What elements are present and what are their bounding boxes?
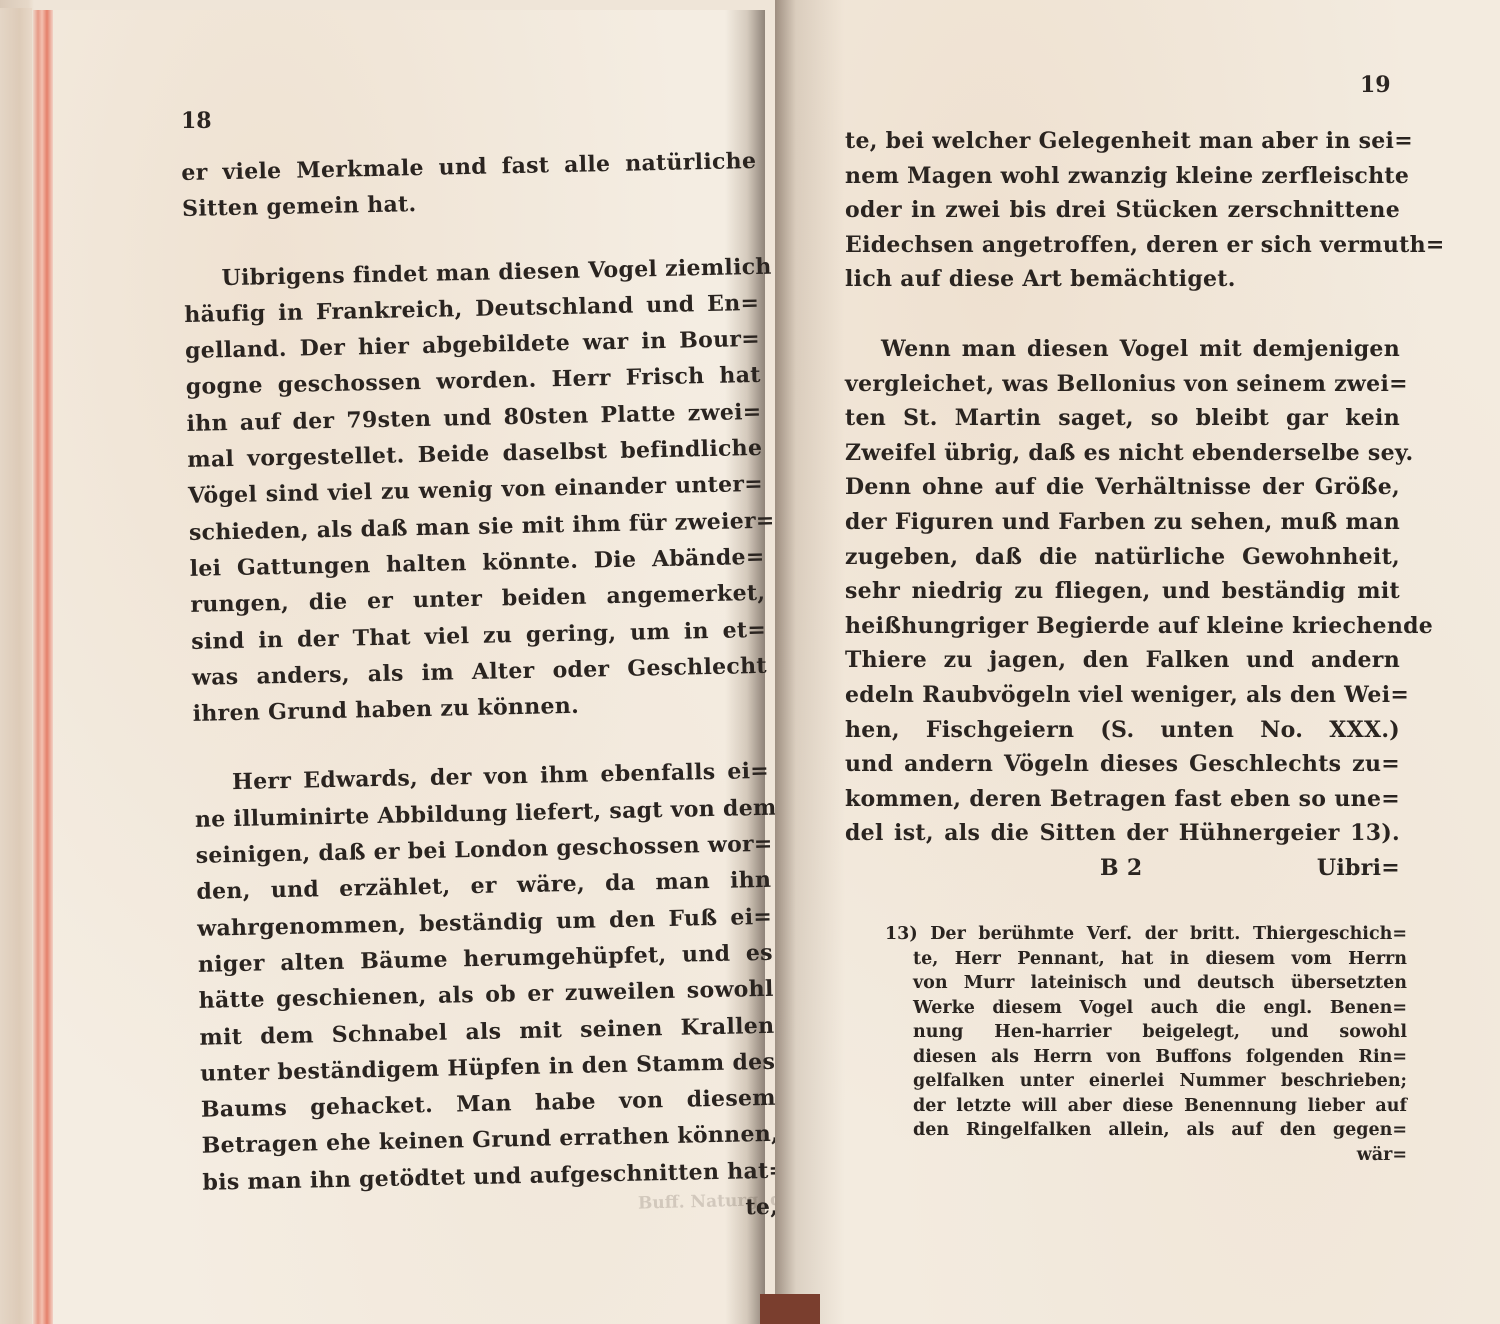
binding-spine (760, 1294, 820, 1324)
text-line: Eidechsen angetroffen, deren er sich ver… (845, 228, 1400, 263)
footnote-catchword: wär= (885, 1143, 1407, 1168)
text-line: ten St. Martin saget, so bleibt gar kein (845, 401, 1400, 436)
text-line: Denn ohne auf die Verhältnisse der Größe… (845, 470, 1400, 505)
text-line: der Figuren und Farben zu sehen, muß man (845, 505, 1400, 540)
text-line: lich auf diese Art bemächtiget. (845, 262, 1400, 297)
footnote-line: diesen als Herrn von Buffons folgenden R… (885, 1045, 1407, 1070)
text-line: del ist, als die Sitten der Hühnergeier … (845, 816, 1400, 851)
footnote-line: 13) Der berühmte Verf. der britt. Thierg… (885, 922, 1407, 947)
footnote-line: der letzte will aber diese Benennung lie… (885, 1094, 1407, 1119)
text-line: Wenn man diesen Vogel mit demjenigen (845, 332, 1400, 367)
book-spread: 18 er viele Merkmale und fast alle natür… (0, 0, 1500, 1324)
footnote-line: gelfalken unter einerlei Nummer beschrie… (885, 1069, 1407, 1094)
catchword: Uibri= (1317, 851, 1400, 885)
paragraph: te, bei welcher Gelegenheit man aber in … (845, 124, 1400, 297)
text-line: Thiere zu jagen, den Falken und andern (845, 643, 1400, 678)
paragraph: Wenn man diesen Vogel mit demjenigen ver… (845, 332, 1400, 851)
footnote: 13) Der berühmte Verf. der britt. Thierg… (885, 922, 1407, 1167)
gutter-shadow-right (775, 0, 845, 1324)
paragraph: er viele Merkmale und fast alle natürlic… (181, 143, 757, 228)
footnote-line: den Ringelfalken allein, als auf den geg… (885, 1118, 1407, 1143)
text-line: nem Magen wohl zwanzig kleine zerfleisch… (845, 159, 1400, 194)
text-line: hen, Fischgeiern (S. unten No. XXX.) (845, 713, 1400, 748)
right-page-body: te, bei welcher Gelegenheit man aber in … (845, 124, 1400, 885)
text-line: zugeben, daß die natürliche Gewohnheit, (845, 540, 1400, 575)
footnote-line: te, Herr Pennant, hat in diesem vom Herr… (885, 947, 1407, 972)
left-page: 18 er viele Merkmale und fast alle natür… (53, 10, 765, 1324)
signature-row: B 2 Uibri= (845, 851, 1400, 885)
footnote-line: von Murr lateinisch und deutsch übersetz… (885, 971, 1407, 996)
page-edges (0, 8, 32, 1324)
text-line: kommen, deren Betragen fast eben so une= (845, 782, 1400, 817)
text-line: vergleichet, was Bellonius von seinem zw… (845, 367, 1400, 402)
paragraph: Uibrigens findet man diesen Vogel ziemli… (183, 249, 768, 733)
text-line: te, bei welcher Gelegenheit man aber in … (845, 124, 1400, 159)
text-line: heißhungriger Begierde auf kleine kriech… (845, 609, 1400, 644)
text-line: edeln Raubvögeln viel weniger, als den W… (845, 678, 1400, 713)
text-line: sehr niedrig zu fliegen, und beständig m… (845, 574, 1400, 609)
left-page-body: er viele Merkmale und fast alle natürlic… (181, 143, 779, 1237)
text-line: und andern Vögeln dieses Geschlechts zu= (845, 747, 1400, 782)
text-line: oder in zwei bis drei Stücken zerschnitt… (845, 193, 1400, 228)
footnote-line: Werke diesem Vogel auch die engl. Benen= (885, 996, 1407, 1021)
signature-mark: B 2 (1100, 851, 1142, 885)
right-page: 19 te, bei welcher Gelegenheit man aber … (775, 0, 1500, 1324)
text-line: Zweifel übrig, daß es nicht ebenderselbe… (845, 436, 1400, 471)
red-stained-fore-edge (33, 10, 53, 1324)
paragraph: Herr Edwards, der von ihm ebenfalls ei= … (194, 753, 779, 1237)
page-number-left: 18 (181, 108, 212, 134)
page-number-right: 19 (1360, 72, 1391, 98)
footnote-line: nung Hen-harrier beigelegt, und sowohl (885, 1020, 1407, 1045)
